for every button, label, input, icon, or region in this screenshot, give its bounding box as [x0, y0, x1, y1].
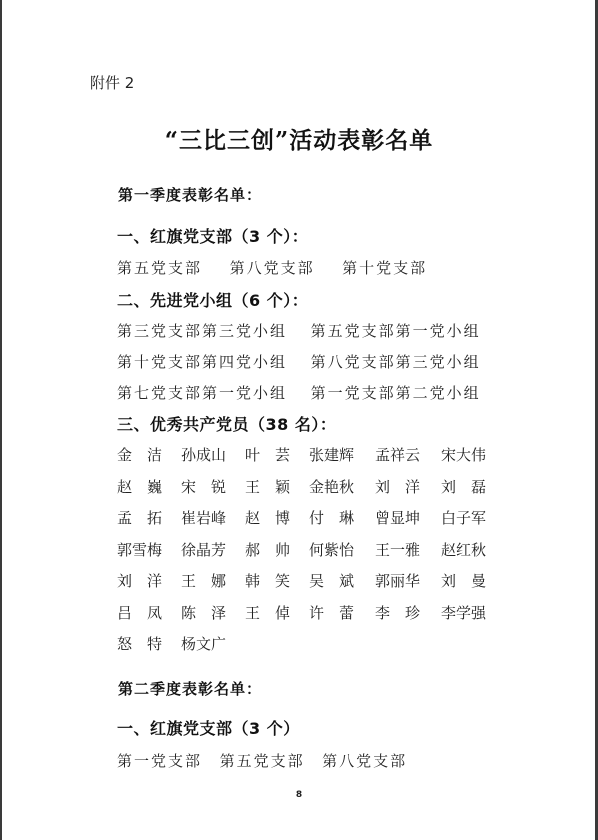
member-name: 孟祥云: [375, 444, 420, 465]
member-name: 赵 博: [245, 507, 290, 528]
document-title: “三比三创”活动表彰名单: [0, 122, 598, 155]
member-name: 宋 锐: [181, 476, 226, 497]
member-name: 刘 曼: [441, 570, 486, 591]
member-name: 吴 斌: [309, 570, 354, 591]
group-item: 第五党支部第一党小组: [311, 320, 481, 341]
member-name: 许 蕾: [309, 602, 354, 623]
branch-item: 第八党支部: [322, 750, 407, 771]
member-name: 郭雪梅: [117, 539, 162, 560]
branch-item: 第八党支部: [230, 257, 315, 278]
q1-section-3-heading: 三、优秀共产党员（38 名）：: [117, 412, 336, 435]
q2-section-1-heading: 一、红旗党支部（3 个）: [117, 716, 300, 739]
member-name: 曾显坤: [375, 507, 420, 528]
member-name: 王 娜: [181, 570, 226, 591]
member-name: 王 颖: [245, 476, 290, 497]
q1-section-2-line-1: 第三党支部第三党小组 第五党支部第一党小组: [117, 320, 481, 341]
member-name: 李 珍: [375, 602, 420, 623]
member-name: 陈 泽: [181, 602, 226, 623]
names-row: 郭雪梅 徐晶芳 郝 帅 何紫怡 王一雅 赵红秋: [117, 539, 497, 571]
q1-section-1-line-1: 第五党支部 第八党支部 第十党支部: [117, 257, 427, 278]
member-name: 韩 笑: [245, 570, 290, 591]
member-name: 吕 凤: [117, 602, 162, 623]
q2-heading: 第二季度表彰名单：: [118, 678, 262, 699]
member-name: 金 洁: [117, 444, 162, 465]
member-name: 金艳秋: [309, 476, 354, 497]
names-row: 赵 巍 宋 锐 王 颖 金艳秋 刘 洋 刘 磊: [117, 476, 497, 508]
member-name: 郝 帅: [245, 539, 290, 560]
member-name: 刘 洋: [117, 570, 162, 591]
names-row: 吕 凤 陈 泽 王 倬 许 蕾 李 珍 李学强: [117, 602, 497, 634]
member-name: 孙成山: [181, 444, 226, 465]
member-names-grid: 金 洁 孙成山 叶 芸 张建辉 孟祥云 宋大伟 赵 巍 宋 锐 王 颖 金艳秋 …: [117, 444, 497, 665]
branch-item: 第五党支部: [220, 750, 305, 771]
names-row: 怒 特 杨文广: [117, 633, 497, 665]
branch-item: 第一党支部: [117, 750, 202, 771]
branch-item: 第十党支部: [342, 257, 427, 278]
group-item: 第八党支部第三党小组: [311, 351, 481, 372]
group-item: 第三党支部第三党小组: [117, 320, 287, 341]
member-name: 赵红秋: [441, 539, 486, 560]
q1-section-1-heading: 一、红旗党支部（3 个）：: [117, 224, 308, 247]
group-item: 第一党支部第二党小组: [311, 382, 481, 403]
member-name: 刘 磊: [441, 476, 486, 497]
member-name: 何紫怡: [309, 539, 354, 560]
member-name: 赵 巍: [117, 476, 162, 497]
member-name: 王一雅: [375, 539, 420, 560]
member-name: 郭丽华: [375, 570, 420, 591]
q1-section-2-line-2: 第十党支部第四党小组 第八党支部第三党小组: [117, 351, 481, 372]
member-name: 怒 特: [117, 633, 162, 654]
member-name: 付 琳: [309, 507, 354, 528]
attachment-label: 附件 2: [90, 72, 134, 93]
member-name: 王 倬: [245, 602, 290, 623]
q1-section-2-line-3: 第七党支部第一党小组 第一党支部第二党小组: [117, 382, 481, 403]
page-number: 8: [0, 790, 598, 800]
group-item: 第十党支部第四党小组: [117, 351, 287, 372]
q2-section-1-line-1: 第一党支部 第五党支部 第八党支部: [117, 750, 407, 771]
member-name: 徐晶芳: [181, 539, 226, 560]
member-name: 叶 芸: [245, 444, 290, 465]
member-name: 宋大伟: [441, 444, 486, 465]
member-name: 崔岩峰: [181, 507, 226, 528]
member-name: 杨文广: [181, 633, 226, 654]
member-name: 李学强: [441, 602, 486, 623]
member-name: 白子军: [441, 507, 486, 528]
q1-section-2-heading: 二、先进党小组（6 个）：: [117, 288, 308, 311]
names-row: 孟 拓 崔岩峰 赵 博 付 琳 曾显坤 白子军: [117, 507, 497, 539]
names-row: 金 洁 孙成山 叶 芸 张建辉 孟祥云 宋大伟: [117, 444, 497, 476]
names-row: 刘 洋 王 娜 韩 笑 吴 斌 郭丽华 刘 曼: [117, 570, 497, 602]
member-name: 孟 拓: [117, 507, 162, 528]
group-item: 第七党支部第一党小组: [117, 382, 287, 403]
branch-item: 第五党支部: [117, 257, 202, 278]
member-name: 张建辉: [309, 444, 354, 465]
member-name: 刘 洋: [375, 476, 420, 497]
q1-heading: 第一季度表彰名单：: [118, 184, 262, 205]
